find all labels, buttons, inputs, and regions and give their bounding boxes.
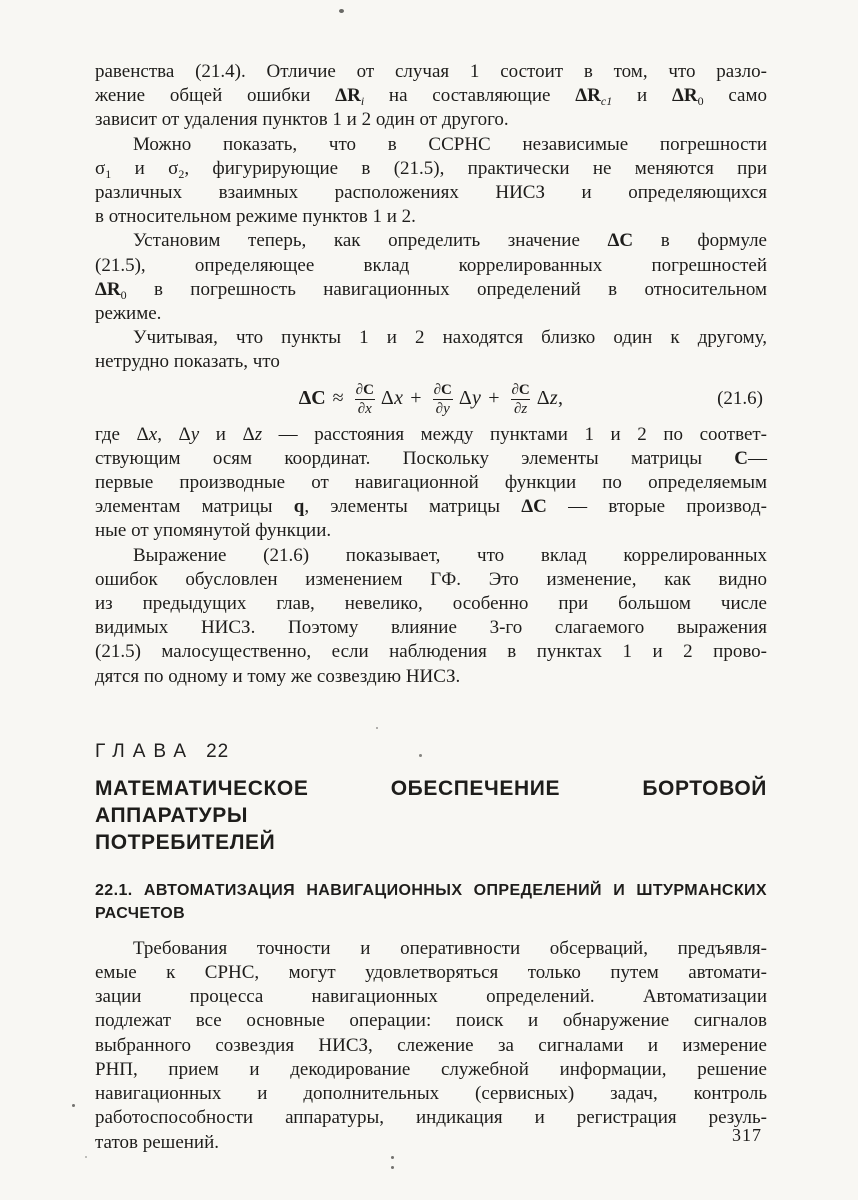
- body-paragraph: Требования точности и оперативности обсе…: [95, 937, 767, 1155]
- body-paragraph: Установим теперь, как определить значени…: [95, 229, 767, 326]
- text-run: подлежат все основные операции: поиск и …: [95, 1010, 767, 1031]
- text-run: z: [255, 424, 262, 445]
- text-line: нетрудно показать, что: [95, 350, 767, 374]
- text-run: c1: [601, 94, 612, 108]
- body-paragraph: где Δx, Δy и Δz — расстояния между пункт…: [95, 423, 767, 544]
- text-run: дятся по одному и тому же созвездию НИСЗ…: [95, 666, 460, 687]
- scan-speck: [419, 754, 422, 757]
- text-line: видимых НИСЗ. Поэтому влияние 3-го слага…: [95, 616, 767, 640]
- text-run: ΔC: [299, 387, 326, 410]
- text-run: Требования точности и оперативности обсе…: [133, 938, 767, 959]
- text-line: первые производные от навигационной функ…: [95, 471, 767, 495]
- text-run: q: [294, 496, 305, 517]
- section-heading: 22.1. АВТОМАТИЗАЦИЯ НАВИГАЦИОННЫХ ОПРЕДЕ…: [95, 879, 767, 925]
- text-line: элементам матрицы q, элементы матрицы ΔC…: [95, 495, 767, 519]
- chapter-word: ГЛАВА: [95, 741, 194, 762]
- text-line: ΔR0 в погрешность навигационных определе…: [95, 278, 767, 302]
- heading-line: РАСЧЕТОВ: [95, 902, 767, 925]
- text-line: Требования точности и оперативности обсе…: [95, 937, 767, 961]
- scan-speck: [391, 1166, 394, 1169]
- text-line: где Δx, Δy и Δz — расстояния между пункт…: [95, 423, 767, 447]
- text-run: ствующим осям координат. Поскольку элеме…: [95, 448, 734, 469]
- fraction-denominator: ∂x: [355, 399, 375, 418]
- text-run: РНП, прием и декодирование служебной инф…: [95, 1059, 767, 1080]
- text-run: Учитывая, что пункты 1 и 2 находятся бли…: [133, 327, 767, 348]
- text-line: емые к СРНС, могут удовлетворяться тольк…: [95, 961, 767, 985]
- chapter-label: ГЛАВА22: [95, 741, 767, 763]
- plus-operator: +: [405, 387, 426, 410]
- text-run: (21.5), определяющее вклад коррелированн…: [95, 255, 767, 276]
- partial-derivative-fraction: ∂C∂y: [431, 382, 455, 418]
- text-run: нетрудно показать, что: [95, 351, 280, 372]
- heading-line: 22.1. АВТОМАТИЗАЦИЯ НАВИГАЦИОННЫХ ОПРЕДЕ…: [95, 879, 767, 902]
- text-run: — вторые производ-: [547, 496, 767, 517]
- text-run: и σ: [111, 158, 178, 179]
- text-run: где Δ: [95, 424, 149, 445]
- text-run: первые производные от навигационной функ…: [95, 472, 767, 493]
- text-run: татов решений.: [95, 1132, 219, 1153]
- text-run: ные от упомянутой функции.: [95, 520, 331, 541]
- scan-speck: [391, 1156, 394, 1159]
- body-paragraph: Учитывая, что пункты 1 и 2 находятся бли…: [95, 326, 767, 374]
- fraction-numerator: ∂C: [353, 382, 377, 399]
- scan-speck: [85, 1156, 87, 1158]
- text-line: зависит от удаления пунктов 1 и 2 один о…: [95, 108, 767, 132]
- body-paragraph: Выражение (21.6) показывает, что вклад к…: [95, 544, 767, 689]
- text-run: емые к СРНС, могут удовлетворяться тольк…: [95, 962, 767, 983]
- text-run: z: [521, 401, 527, 417]
- text-run: ΔR: [672, 85, 698, 106]
- text-run: ΔR: [335, 85, 361, 106]
- text-run: , Δ: [157, 424, 191, 445]
- scan-speck: [376, 727, 378, 729]
- text-line: (21.5), определяющее вклад коррелированн…: [95, 254, 767, 278]
- scan-speck: [72, 1104, 75, 1107]
- text-run: , фигурирующие в (21.5), практически не …: [184, 158, 767, 179]
- text-line: ствующим осям координат. Поскольку элеме…: [95, 447, 767, 471]
- partial-derivative-fraction: ∂C∂z: [508, 382, 532, 418]
- text-run: ошибок обусловлен изменением ГФ. Это изм…: [95, 569, 767, 590]
- text-run: и: [612, 85, 672, 106]
- text-line: жение общей ошибки ΔRi на составляющие Δ…: [95, 84, 767, 108]
- text-line: РНП, прием и декодирование служебной инф…: [95, 1058, 767, 1082]
- text-run: ΔR: [575, 85, 601, 106]
- text-run: в относительном режиме пунктов 1 и 2.: [95, 206, 416, 227]
- chapter-number: 22: [206, 741, 229, 762]
- text-run: — расстояния между пунктами 1 и 2 по соо…: [262, 424, 767, 445]
- text-run: y: [472, 387, 481, 409]
- fraction-denominator: ∂y: [433, 399, 453, 418]
- text-run: из предыдущих глав, невелико, особенно п…: [95, 593, 767, 614]
- text-run: и Δ: [199, 424, 255, 445]
- text-run: жение общей ошибки: [95, 85, 335, 106]
- scan-speck: [339, 9, 344, 13]
- text-run: (21.5) малосущественно, если наблюдения …: [95, 641, 767, 662]
- text-run: ,: [558, 387, 563, 409]
- text-run: зации процесса навигационных определений…: [95, 986, 767, 1007]
- text-line: навигационных и дополнительных (сервисны…: [95, 1082, 767, 1106]
- text-run: y: [443, 401, 450, 417]
- page-number: 317: [732, 1125, 762, 1146]
- text-run: равенства (21.4). Отличие от случая 1 со…: [95, 61, 767, 82]
- text-run: —: [748, 448, 767, 469]
- body-paragraph: Можно показать, что в ССРНС независимые …: [95, 133, 767, 230]
- text-run: ∂: [358, 401, 365, 417]
- partial-derivative-fraction: ∂C∂x: [353, 382, 377, 418]
- text-run: работоспособности аппаратуры, индикация …: [95, 1107, 767, 1128]
- text-run: x: [394, 387, 403, 409]
- text-line: различных взаимных расположениях НИСЗ и …: [95, 181, 767, 205]
- equation-number: (21.6): [717, 388, 763, 410]
- text-run: видимых НИСЗ. Поэтому влияние 3-го слага…: [95, 617, 767, 638]
- text-run: ΔC: [608, 230, 634, 251]
- text-line: режиме.: [95, 302, 767, 326]
- fraction-numerator: ∂C: [431, 382, 455, 399]
- body-paragraph: равенства (21.4). Отличие от случая 1 со…: [95, 60, 767, 133]
- delta-factor: Δz,: [537, 387, 564, 410]
- text-run: x: [365, 401, 372, 417]
- text-run: C: [734, 448, 748, 469]
- text-run: на составляющие: [364, 85, 575, 106]
- text-line: подлежат все основные операции: поиск и …: [95, 1009, 767, 1033]
- text-run: C: [519, 382, 530, 398]
- text-run: режиме.: [95, 303, 161, 324]
- chapter-title: МАТЕМАТИЧЕСКОЕ ОБЕСПЕЧЕНИЕ БОРТОВОЙ АППА…: [95, 775, 767, 856]
- text-line: выбранного созвездия НИСЗ, слежение за с…: [95, 1034, 767, 1058]
- text-line: Установим теперь, как определить значени…: [95, 229, 767, 253]
- text-line: из предыдущих глав, невелико, особенно п…: [95, 592, 767, 616]
- text-line: Выражение (21.6) показывает, что вклад к…: [95, 544, 767, 568]
- heading-line: МАТЕМАТИЧЕСКОЕ ОБЕСПЕЧЕНИЕ БОРТОВОЙ АППА…: [95, 775, 767, 829]
- text-run: выбранного созвездия НИСЗ, слежение за с…: [95, 1035, 767, 1056]
- fraction-numerator: ∂C: [508, 382, 532, 399]
- text-run: различных взаимных расположениях НИСЗ и …: [95, 182, 767, 203]
- text-run: C: [441, 382, 452, 398]
- text-line: (21.5) малосущественно, если наблюдения …: [95, 640, 767, 664]
- text-run: x: [149, 424, 157, 445]
- heading-line: ПОТРЕБИТЕЛЕЙ: [95, 829, 767, 856]
- text-line: ошибок обусловлен изменением ГФ. Это изм…: [95, 568, 767, 592]
- text-run: ≈: [328, 387, 349, 410]
- book-page: равенства (21.4). Отличие от случая 1 со…: [0, 0, 858, 1200]
- text-line: ные от упомянутой функции.: [95, 519, 767, 543]
- text-line: Можно показать, что в ССРНС независимые …: [95, 133, 767, 157]
- text-run: Δ: [537, 387, 550, 409]
- equation-body: ΔC ≈ ∂C∂xΔx + ∂C∂yΔy + ∂C∂zΔz,: [299, 381, 564, 417]
- delta-factor: Δx: [381, 387, 403, 410]
- fraction-denominator: ∂z: [511, 399, 530, 418]
- text-line: зации процесса навигационных определений…: [95, 985, 767, 1009]
- delta-factor: Δy: [459, 387, 481, 410]
- text-run: ΔR: [95, 279, 121, 300]
- text-line: в относительном режиме пунктов 1 и 2.: [95, 205, 767, 229]
- text-run: элементам матрицы: [95, 496, 294, 517]
- text-run: Δ: [459, 387, 472, 409]
- text-line: σ1 и σ2, фигурирующие в (21.5), практиче…: [95, 157, 767, 181]
- text-line: Учитывая, что пункты 1 и 2 находятся бли…: [95, 326, 767, 350]
- text-run: y: [191, 424, 199, 445]
- text-run: в формуле: [633, 230, 767, 251]
- text-run: само: [704, 85, 767, 106]
- text-run: Можно показать, что в ССРНС независимые …: [133, 134, 767, 155]
- text-line: работоспособности аппаратуры, индикация …: [95, 1106, 767, 1130]
- text-run: в погрешность навигационных определений …: [127, 279, 767, 300]
- text-run: σ: [95, 158, 105, 179]
- text-line: дятся по одному и тому же созвездию НИСЗ…: [95, 665, 767, 689]
- page-content: равенства (21.4). Отличие от случая 1 со…: [95, 60, 767, 1155]
- text-line: равенства (21.4). Отличие от случая 1 со…: [95, 60, 767, 84]
- equation-21-6: ΔC ≈ ∂C∂xΔx + ∂C∂yΔy + ∂C∂zΔz,(21.6): [95, 375, 767, 423]
- text-run: , элементы матрицы: [304, 496, 521, 517]
- text-run: z: [550, 387, 558, 409]
- text-run: ΔC: [521, 496, 547, 517]
- text-run: Установим теперь, как определить значени…: [133, 230, 608, 251]
- text-run: ∂: [436, 401, 443, 417]
- text-run: зависит от удаления пунктов 1 и 2 один о…: [95, 109, 509, 130]
- text-run: Δ: [381, 387, 394, 409]
- text-line: татов решений.: [95, 1131, 767, 1155]
- plus-operator: +: [483, 387, 504, 410]
- text-run: навигационных и дополнительных (сервисны…: [95, 1083, 767, 1104]
- text-run: ∂: [514, 401, 521, 417]
- text-run: C: [363, 382, 374, 398]
- text-run: Выражение (21.6) показывает, что вклад к…: [133, 545, 767, 566]
